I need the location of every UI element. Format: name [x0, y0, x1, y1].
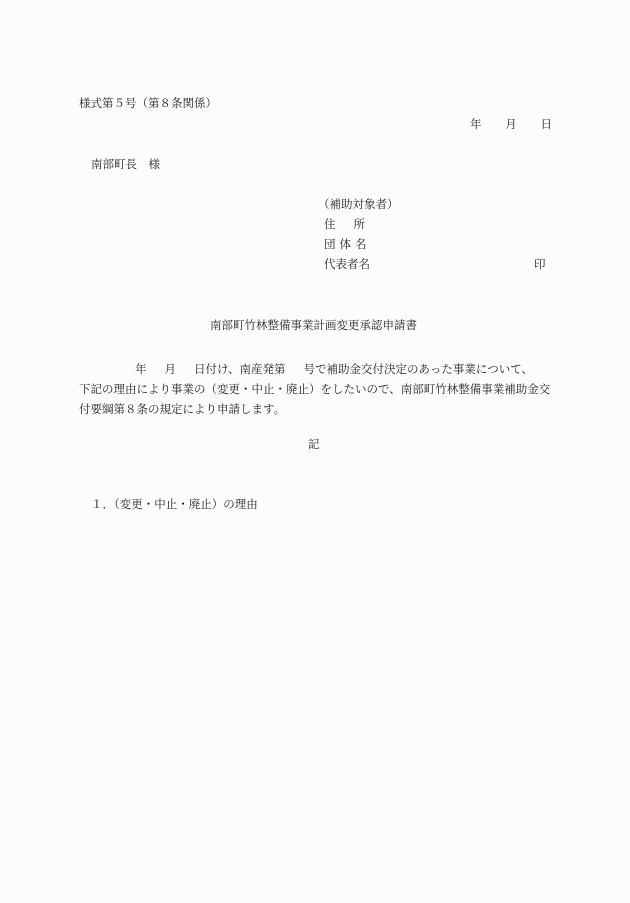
address-field-label: 住 所: [324, 219, 365, 231]
addressee: 南部町長 様: [91, 159, 160, 171]
address-label-char-2: 所: [354, 219, 366, 231]
ki-heading: 記: [308, 439, 320, 451]
year-label: 年: [470, 119, 482, 131]
document-title: 南部町竹林整備事業計画変更承認申請書: [210, 320, 417, 332]
group-name-field-label: 団 体 名: [324, 239, 367, 251]
month-label: 月: [505, 119, 517, 131]
item-reason-label: １．（変更・中止・廃止）の理由: [91, 499, 258, 511]
body-text-b: 号で補助金交付決定のあった事業について、: [304, 362, 533, 376]
group-label-char-3: 名: [355, 239, 367, 251]
date-line: 年 月 日: [470, 119, 552, 131]
body-year: 年: [135, 362, 147, 376]
group-label-char-2: 体: [340, 239, 352, 251]
seal-mark: 印: [534, 259, 546, 271]
body-paragraph: 年月日付け、南産発第号で補助金交付決定のあった事業について、 下記の理由により事…: [79, 359, 559, 419]
form-number: 様式第５号（第８条関係）: [79, 98, 217, 110]
body-month: 月: [165, 362, 177, 376]
body-line-3: 付要綱第８条の規定により申請します。: [79, 399, 559, 419]
body-line-2: 下記の理由により事業の（変更・中止・廃止）をしたいので、南部町竹林整備事業補助金…: [79, 379, 559, 399]
address-label-char-1: 住: [324, 219, 336, 231]
body-line-1: 年月日付け、南産発第号で補助金交付決定のあった事業について、: [79, 359, 559, 379]
representative-field-label: 代表者名: [324, 259, 370, 271]
applicant-label: （補助対象者）: [318, 199, 399, 211]
day-label: 日: [541, 119, 553, 131]
group-label-char-1: 団: [324, 239, 336, 251]
body-text-a: 日付け、南産発第: [194, 362, 286, 376]
